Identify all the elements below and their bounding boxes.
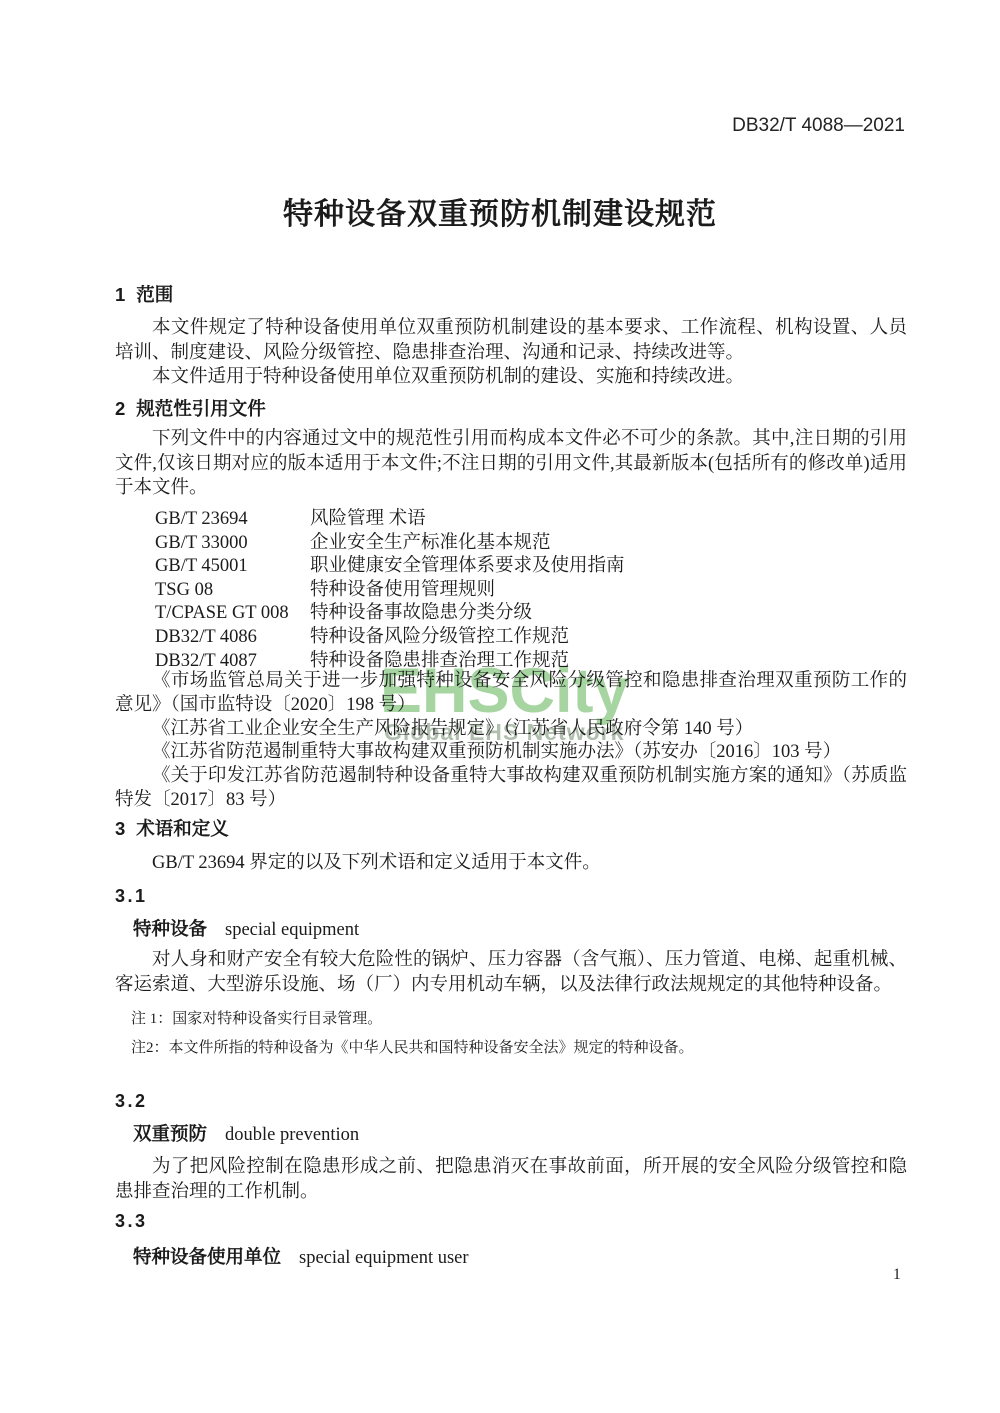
term-name: 特种设备使用单位special equipment user [133,1245,469,1270]
term-name-zh: 双重预防 [133,1123,207,1144]
reference-code: GB/T 23694 [155,508,310,532]
term-name-zh: 特种设备使用单位 [133,1246,281,1267]
term-name: 特种设备special equipment [133,917,359,942]
cited-document: 《江苏省工业企业安全生产风险报告规定》（江苏省人民政府令第 140 号） [115,718,907,742]
term-definition: 对人身和财产安全有较大危险性的锅炉、压力容器（含气瓶）、压力管道、电梯、起重机械… [115,948,907,997]
references-intro-paragraph: 下列文件中的内容通过文中的规范性引用而构成本文件必不可少的条款。其中,注日期的引… [115,427,907,501]
reference-row: T/CPASE GT 008 特种设备事故隐患分类分级 [155,602,907,626]
section-references-title: 规范性引用文件 [136,398,266,419]
scope-paragraph-2: 本文件适用于特种设备使用单位双重预防机制的建设、实施和持续改进。 [115,365,907,390]
reference-title: 企业安全生产标准化基本规范 [310,532,551,556]
references-list: GB/T 23694 风险管理 术语 GB/T 33000 企业安全生产标准化基… [155,508,907,673]
document-title: 特种设备双重预防机制建设规范 [0,197,1000,233]
reference-row: DB32/T 4086 特种设备风险分级管控工作规范 [155,626,907,650]
page-number: 1 [893,1266,901,1284]
reference-title: 特种设备风险分级管控工作规范 [310,626,569,650]
term-name-en: double prevention [225,1125,359,1145]
section-terms-title: 术语和定义 [136,818,229,839]
section-scope-title: 范围 [136,284,173,305]
reference-row: GB/T 33000 企业安全生产标准化基本规范 [155,532,907,556]
cited-document: 《江苏省防范遏制重特大事故构建双重预防机制实施办法》（苏安办〔2016〕103 … [115,741,907,765]
section-terms-heading: 3术语和定义 [115,818,229,840]
reference-code: DB32/T 4086 [155,626,310,650]
reference-code: GB/T 33000 [155,532,310,556]
reference-title: 职业健康安全管理体系要求及使用指南 [310,555,625,579]
cited-document: 《市场监管总局关于进一步加强特种设备安全风险分级管控和隐患排查治理双重预防工作的… [115,670,907,718]
terms-intro-paragraph: GB/T 23694 界定的以及下列术语和定义适用于本文件。 [115,851,907,876]
references-intro: 下列文件中的内容通过文中的规范性引用而构成本文件必不可少的条款。其中,注日期的引… [115,427,907,501]
term-number: 3.1 [115,886,148,908]
document-page: EHSCity Global EHS Network DB32/T 4088—2… [0,0,1000,1413]
term-name-en: special equipment [225,920,359,940]
reference-row: GB/T 23694 风险管理 术语 [155,508,907,532]
term-note-1: 注 1：国家对特种设备实行目录管理。 [131,1010,907,1030]
term-number: 3.3 [115,1211,148,1233]
reference-code: GB/T 45001 [155,555,310,579]
reference-row: GB/T 45001 职业健康安全管理体系要求及使用指南 [155,555,907,579]
reference-code: TSG 08 [155,579,310,603]
term-name: 双重预防double prevention [133,1122,359,1147]
term-number: 3.2 [115,1091,148,1113]
reference-title: 风险管理 术语 [310,508,426,532]
terms-intro: GB/T 23694 界定的以及下列术语和定义适用于本文件。 [115,851,907,876]
section-scope-heading: 1范围 [115,284,173,306]
standard-code: DB32/T 4088—2021 [732,115,905,138]
cited-documents: 《市场监管总局关于进一步加强特种设备安全风险分级管控和隐患排查治理双重预防工作的… [115,670,907,813]
scope-paragraph-1: 本文件规定了特种设备使用单位双重预防机制建设的基本要求、工作流程、机构设置、人员… [115,316,907,365]
term-name-zh: 特种设备 [133,918,207,939]
reference-title: 特种设备事故隐患分类分级 [310,602,532,626]
reference-row: TSG 08 特种设备使用管理规则 [155,579,907,603]
term-name-en: special equipment user [299,1248,469,1268]
term-definition-paragraph: 为了把风险控制在隐患形成之前、把隐患消灭在事故前面，所开展的安全风险分级管控和隐… [115,1155,907,1204]
section-terms-number: 3 [115,818,125,839]
reference-title: 特种设备使用管理规则 [310,579,495,603]
reference-code: T/CPASE GT 008 [155,602,310,626]
term-note-2: 注2：本文件所指的特种设备为《中华人民共和国特种设备安全法》规定的特种设备。 [131,1039,907,1059]
term-definition-paragraph: 对人身和财产安全有较大危险性的锅炉、压力容器（含气瓶）、压力管道、电梯、起重机械… [115,948,907,997]
section-references-number: 2 [115,398,125,419]
section-references-heading: 2规范性引用文件 [115,398,266,420]
section-scope-number: 1 [115,284,125,305]
term-definition: 为了把风险控制在隐患形成之前、把隐患消灭在事故前面，所开展的安全风险分级管控和隐… [115,1155,907,1204]
scope-body: 本文件规定了特种设备使用单位双重预防机制建设的基本要求、工作流程、机构设置、人员… [115,316,907,390]
cited-document: 《关于印发江苏省防范遏制特种设备重特大事故构建双重预防机制实施方案的通知》（苏质… [115,765,907,813]
